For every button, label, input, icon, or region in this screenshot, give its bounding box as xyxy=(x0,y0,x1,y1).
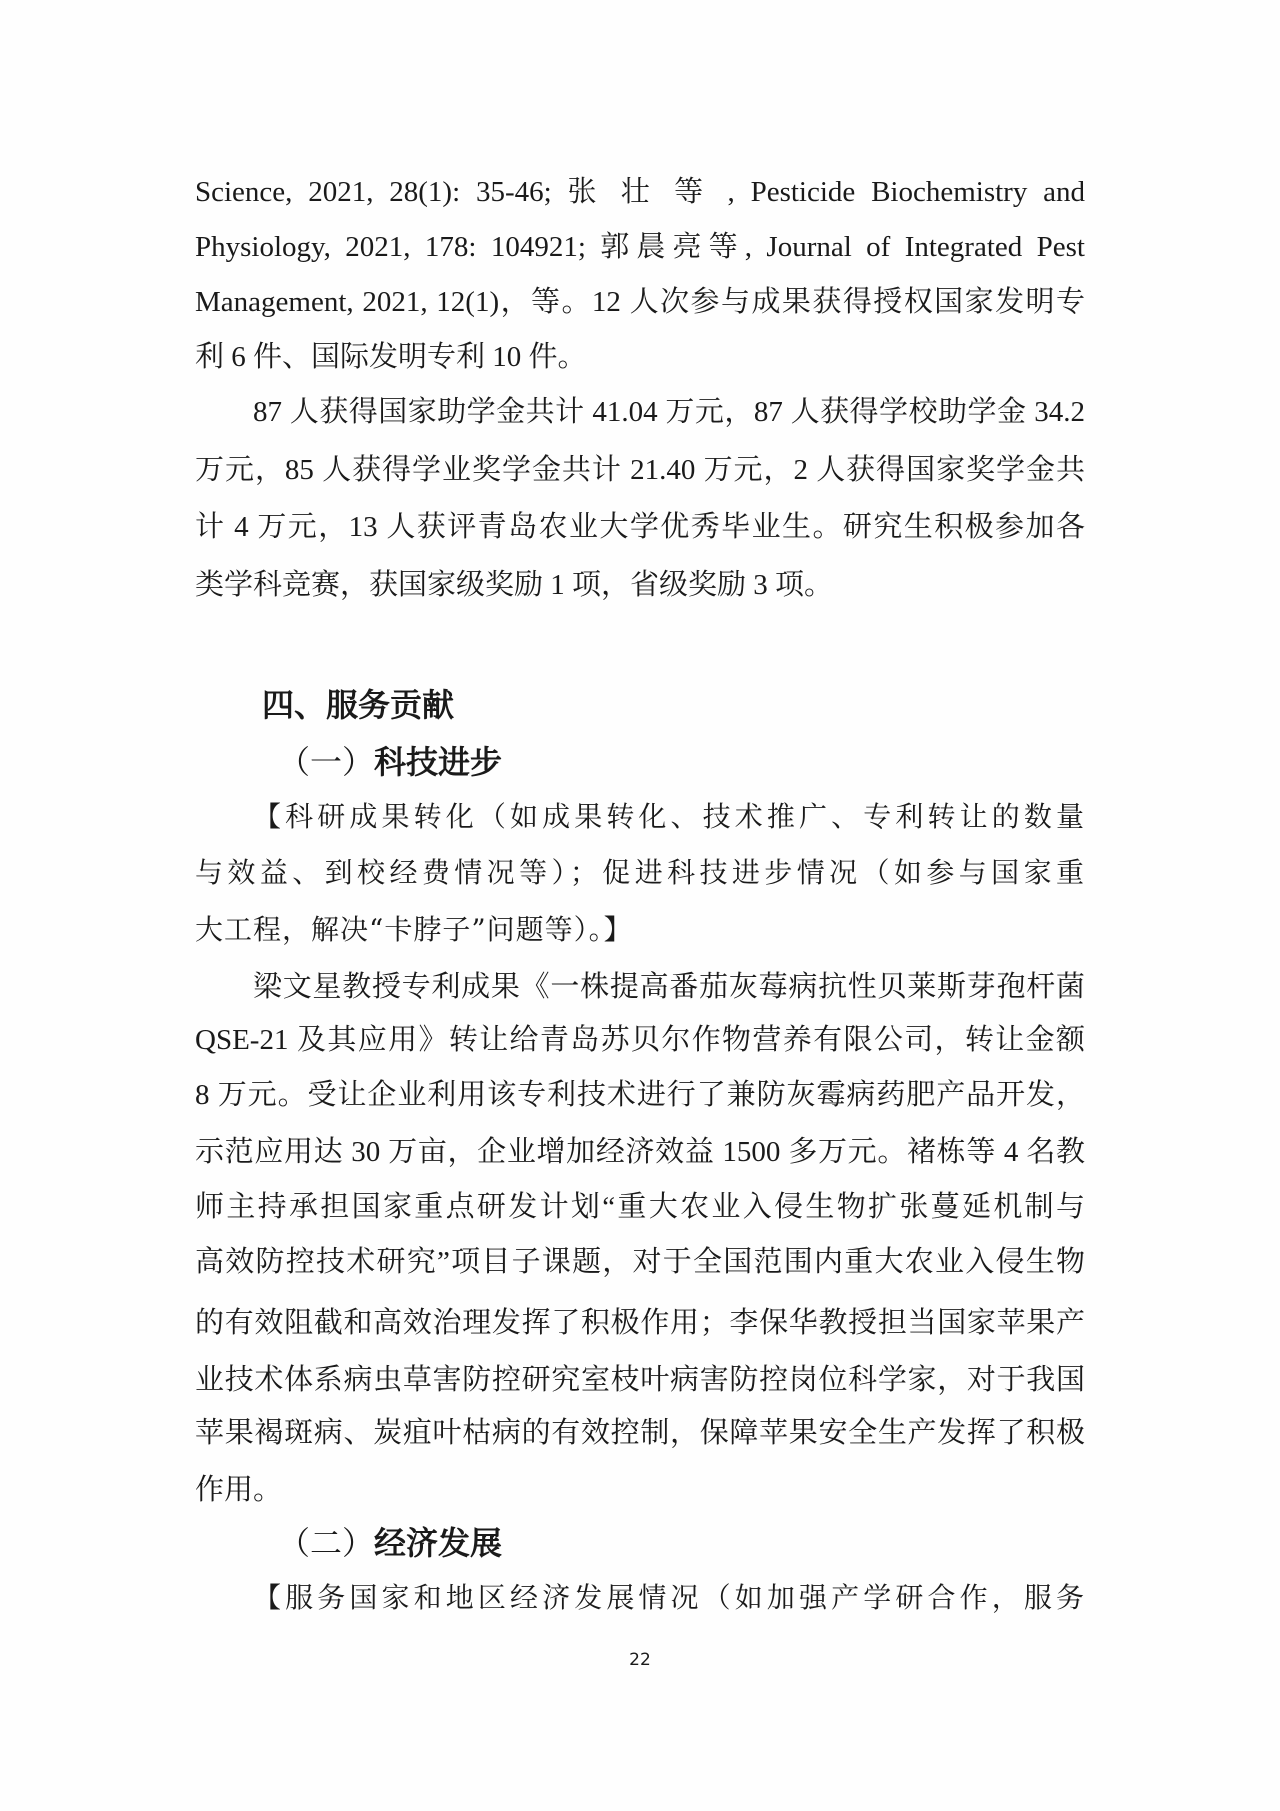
subsection-heading-1: （一）科技进步 xyxy=(278,740,502,784)
body-line: 8 万元。受让企业利用该专利技术进行了兼防灰霉病药肥产品开发， xyxy=(195,1075,1085,1115)
body-line: 示范应用达 30 万亩，企业增加经济效益 1500 多万元。褚栋等 4 名教 xyxy=(195,1132,1085,1172)
subsection-title: 经济发展 xyxy=(374,1524,502,1562)
body-line: 师主持承担国家重点研发计划“重大农业入侵生物扩张蔓延机制与 xyxy=(195,1187,1085,1227)
scholarship-line: 类学科竞赛，获国家级奖励 1 项，省级奖励 3 项。 xyxy=(195,565,1085,605)
document-page: Science, 2021, 28(1): 35-46; 张 壮 等 , Pes… xyxy=(0,0,1280,1811)
citation-line: 利 6 件、国际发明专利 10 件。 xyxy=(195,337,1085,377)
citation-line: Physiology, 2021, 178: 104921; 郭晨亮等, Jou… xyxy=(195,227,1085,267)
subsection-number: （一） xyxy=(278,743,374,781)
body-line: 高效防控技术研究”项目子课题，对于全国范围内重大农业入侵生物 xyxy=(195,1242,1085,1282)
section-heading: 四、服务贡献 xyxy=(262,683,454,727)
citation-line: Management, 2021, 12(1)，等。12 人次参与成果获得授权国… xyxy=(195,282,1085,322)
guidance-line: 【服务国家和地区经济发展情况（如加强产学研合作，服务 xyxy=(253,1578,1085,1618)
body-line: 的有效阻截和高效治理发挥了积极作用；李保华教授担当国家苹果产 xyxy=(195,1303,1085,1343)
scholarship-line: 87 人获得国家助学金共计 41.04 万元，87 人获得学校助学金 34.2 xyxy=(253,392,1085,432)
subsection-number: （二） xyxy=(278,1524,374,1562)
body-line: 业技术体系病虫草害防控研究室枝叶病害防控岗位科学家，对于我国 xyxy=(195,1360,1085,1400)
subsection-title: 科技进步 xyxy=(374,743,502,781)
body-line: 苹果褐斑病、炭疽叶枯病的有效控制，保障苹果安全生产发挥了积极 xyxy=(195,1413,1085,1453)
subsection-heading-2: （二）经济发展 xyxy=(278,1521,502,1565)
guidance-line: 大工程，解决“卡脖子”问题等）。】 xyxy=(195,910,1085,950)
scholarship-line: 万元，85 人获得学业奖学金共计 21.40 万元，2 人获得国家奖学金共 xyxy=(195,450,1085,490)
body-line: QSE-21 及其应用》转让给青岛苏贝尔作物营养有限公司，转让金额 xyxy=(195,1020,1085,1060)
body-line: 梁文星教授专利成果《一株提高番茄灰莓病抗性贝莱斯芽孢杆菌 xyxy=(253,967,1085,1007)
body-line: 作用。 xyxy=(195,1470,1085,1510)
scholarship-line: 计 4 万元，13 人获评青岛农业大学优秀毕业生。研究生积极参加各 xyxy=(195,507,1085,547)
page-number: 22 xyxy=(600,1648,680,1672)
guidance-line: 与效益、到校经费情况等）；促进科技进步情况（如参与国家重 xyxy=(195,853,1085,893)
citation-line: Science, 2021, 28(1): 35-46; 张 壮 等 , Pes… xyxy=(195,172,1085,212)
guidance-line: 【科研成果转化（如成果转化、技术推广、专利转让的数量 xyxy=(253,797,1085,837)
